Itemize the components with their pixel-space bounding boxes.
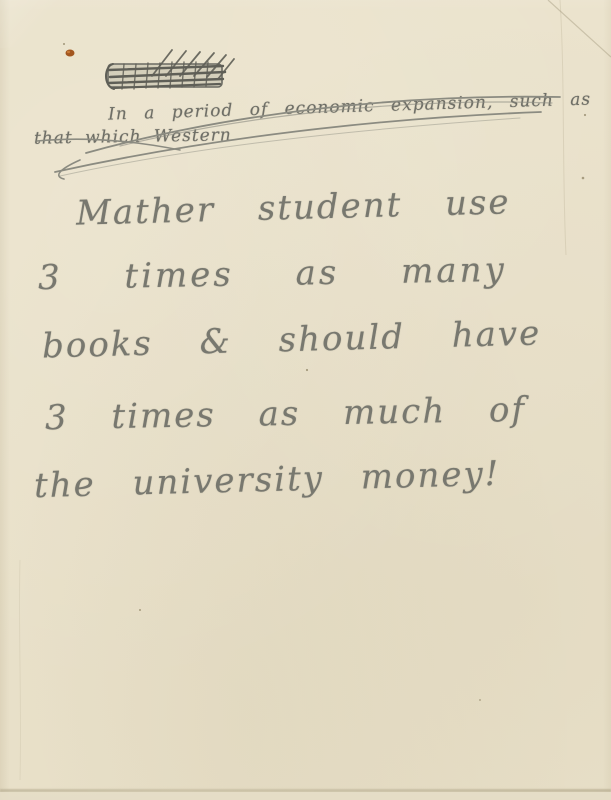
note-line-4: 3 times as much of [45, 390, 527, 438]
scratched-out-word-scribble [106, 50, 234, 89]
note-line-2: 3 times as many [38, 250, 507, 298]
rust-spot [63, 43, 74, 56]
note-line-5: the university money! [34, 454, 501, 506]
note-line-3: books & should have [42, 313, 542, 366]
note-line-1: Mather student use [76, 182, 511, 233]
corner-highlight [0, 0, 93, 50]
paper-page: In a period of economic expansion, such … [0, 0, 611, 800]
page-edge-margin [0, 792, 611, 800]
draft-line-2: that which Western [34, 125, 232, 148]
draft-line-1: In a period of economic expansion, such … [108, 89, 592, 124]
